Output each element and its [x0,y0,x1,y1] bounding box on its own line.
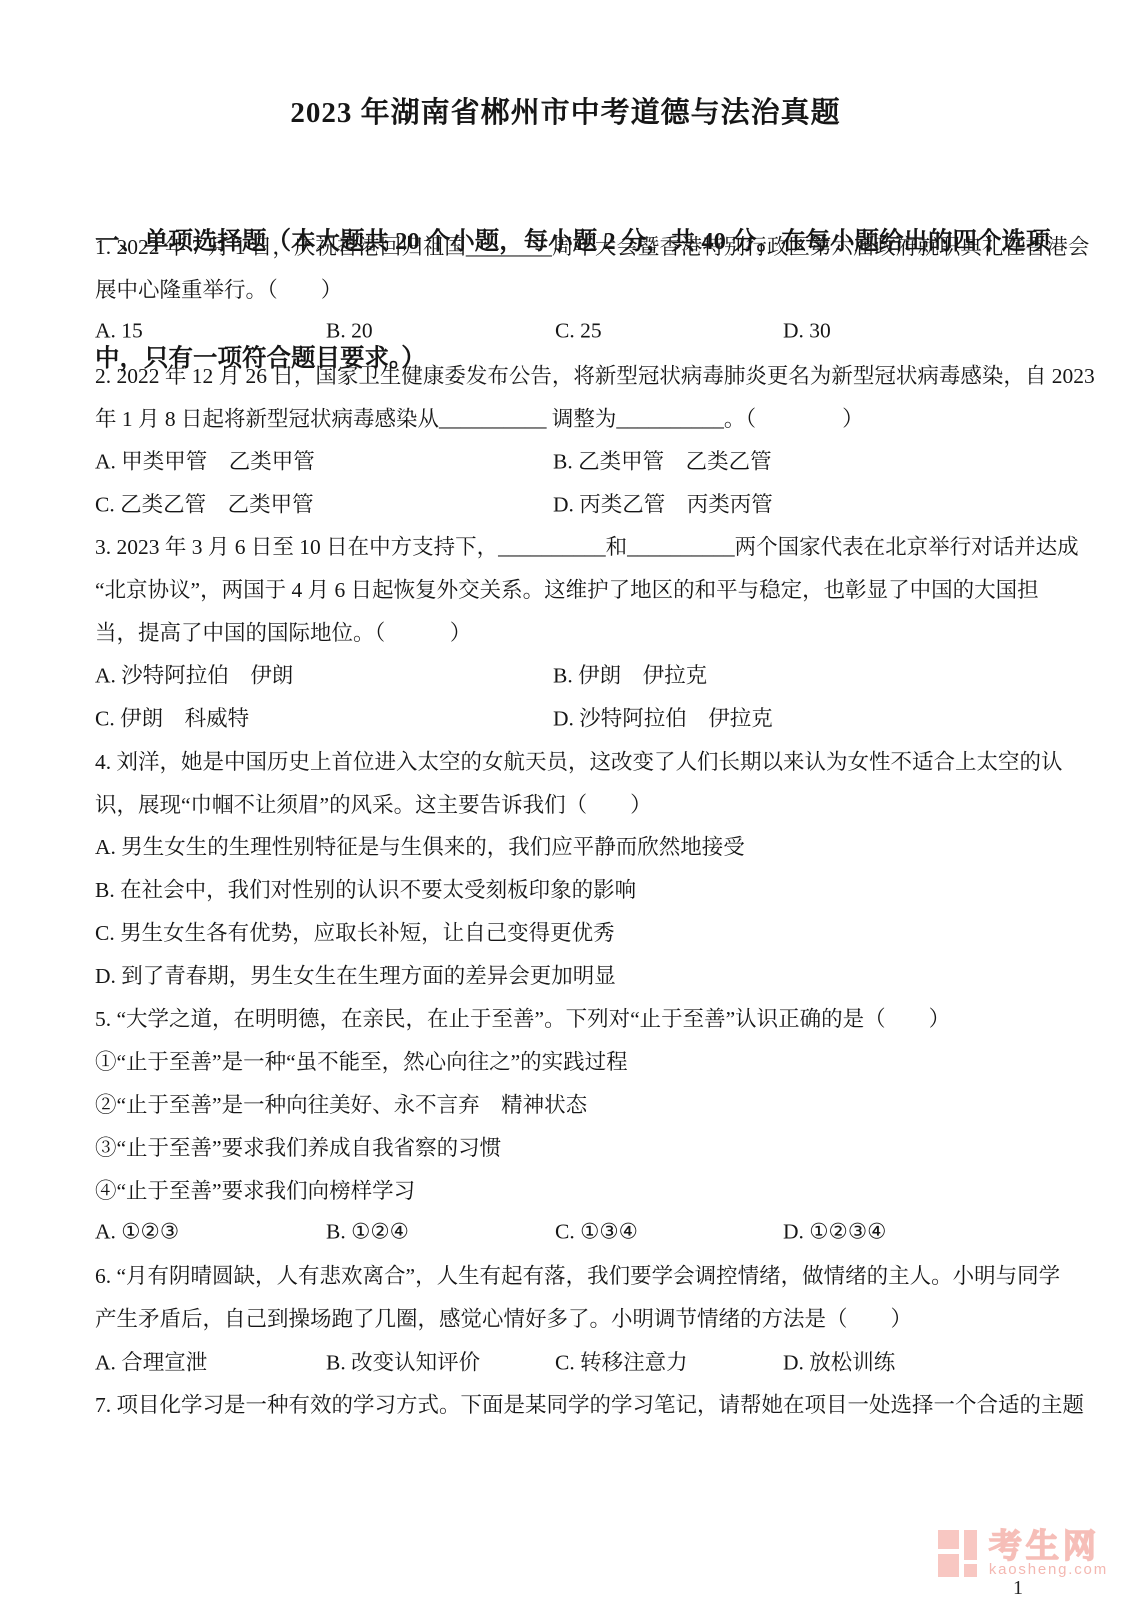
q5-statement-2: ②“止于至善”是一种向往美好、永不言弃 精神状态 [95,1082,1040,1125]
q4-stem-line-1: 4. 刘洋，她是中国历史上首位进入太空的女航天员，这改变了人们长期以来认为女性不… [95,739,1040,782]
exam-paper-page: 2023 年湖南省郴州市中考道德与法治真题 一、单项选择题（本大题共 20 个小… [0,0,1131,1600]
q2-stem-line-1: 2. 2022 年 12 月 26 日，国家卫生健康委发布公告，将新型冠状病毒肺… [95,353,1040,396]
q5-option-b: B. ①②④ [326,1219,409,1244]
q6-option-b: B. 改变认知评价 [326,1345,480,1376]
q5-statement-3: ③“止于至善”要求我们养成自我省察的习惯 [95,1125,1040,1168]
q1-stem-line-1: 1. 2022 年 7 月 1 日，庆祝香港回归祖国________周年大会暨香… [95,224,1040,267]
q6-option-c: C. 转移注意力 [555,1345,688,1376]
q3-stem-line-3: 当，提高了中国的国际地位。（ ） [95,610,1040,653]
exam-title: 2023 年湖南省郴州市中考道德与法治真题 [0,90,1131,131]
q5-option-d: D. ①②③④ [783,1219,886,1244]
q1-options-row: A. 15 B. 20 C. 25 D. 30 [95,310,1040,353]
q4-stem-line-2: 识，展现“巾帼不让须眉”的风采。这主要告诉我们（ ） [95,782,1040,825]
q3-stem-line-1: 3. 2023 年 3 月 6 日至 10 日在中方支持下，__________… [95,524,1040,567]
q2-option-a: A. 甲类甲管 乙类甲管 [95,444,315,475]
q2-option-d: D. 丙类乙管 丙类丙管 [553,487,773,518]
q6-options-row: A. 合理宣泄 B. 改变认知评价 C. 转移注意力 D. 放松训练 [95,1339,1040,1382]
kaosheng-watermark: 考生网 kaosheng.com [938,1530,1108,1578]
q4-option-c: C. 男生女生各有优势，应取长补短，让自己变得更优秀 [95,910,1040,953]
q5-statement-4: ④“止于至善”要求我们向榜样学习 [95,1168,1040,1211]
q1-stem-line-2: 展中心隆重举行。（ ） [95,267,1040,310]
page-number: 1 [1013,1577,1023,1600]
q1-option-b: B. 20 [326,319,373,344]
question-list: 1. 2022 年 7 月 1 日，庆祝香港回归祖国________周年大会暨香… [95,224,1040,1425]
brand-text: 考生网 kaosheng.com [989,1530,1108,1578]
q2-stem-line-2: 年 1 月 8 日起将新型冠状病毒感染从__________ 调整为______… [95,396,1040,439]
q3-options-row-1: A. 沙特阿拉伯 伊朗 B. 伊朗 伊拉克 [95,653,1040,696]
q6-stem-line-2: 产生矛盾后，自己到操场跑了几圈，感觉心情好多了。小明调节情绪的方法是（ ） [95,1296,1040,1339]
q5-options-row: A. ①②③ B. ①②④ C. ①③④ D. ①②③④ [95,1210,1040,1253]
q3-option-c: C. 伊朗 科威特 [95,702,249,733]
q3-options-row-2: C. 伊朗 科威特 D. 沙特阿拉伯 伊拉克 [95,696,1040,739]
kaosheng-logo-icon [938,1530,980,1577]
q1-option-c: C. 25 [555,319,602,344]
brand-cn-text: 考生网 [989,1530,1108,1561]
q5-stem-line-1: 5. “大学之道，在明明德，在亲民，在止于至善”。下列对“止于至善”认识正确的是… [95,996,1040,1039]
q4-option-b: B. 在社会中，我们对性别的认识不要太受刻板印象的影响 [95,867,1040,910]
q1-option-a: A. 15 [95,319,143,344]
q2-option-b: B. 乙类甲管 乙类乙管 [553,444,772,475]
q2-options-row-1: A. 甲类甲管 乙类甲管 B. 乙类甲管 乙类乙管 [95,438,1040,481]
q7-stem-line-1: 7. 项目化学习是一种有效的学习方式。下面是某同学的学习笔记，请帮她在项目一处选… [95,1382,1040,1425]
q3-stem-line-2: “北京协议”，两国于 4 月 6 日起恢复外交关系。这维护了地区的和平与稳定，也… [95,567,1040,610]
q3-option-b: B. 伊朗 伊拉克 [553,659,707,690]
brand-domain-text: kaosheng.com [989,1562,1108,1578]
q4-option-a: A. 男生女生的生理性别特征是与生俱来的，我们应平静而欣然地接受 [95,824,1040,867]
q6-stem-line-1: 6. “月有阴晴圆缺，人有悲欢离合”，人生有起有落，我们要学会调控情绪，做情绪的… [95,1253,1040,1296]
q4-option-d: D. 到了青春期，男生女生在生理方面的差异会更加明显 [95,953,1040,996]
q5-option-c: C. ①③④ [555,1219,638,1244]
q3-option-d: D. 沙特阿拉伯 伊拉克 [553,702,773,733]
q1-option-d: D. 30 [783,319,831,344]
q6-option-a: A. 合理宣泄 [95,1345,207,1376]
q5-option-a: A. ①②③ [95,1219,179,1244]
q2-option-c: C. 乙类乙管 乙类甲管 [95,487,314,518]
q3-option-a: A. 沙特阿拉伯 伊朗 [95,659,293,690]
q2-options-row-2: C. 乙类乙管 乙类甲管 D. 丙类乙管 丙类丙管 [95,481,1040,524]
q6-option-d: D. 放松训练 [783,1345,895,1376]
q5-statement-1: ①“止于至善”是一种“虽不能至，然心向往之”的实践过程 [95,1039,1040,1082]
